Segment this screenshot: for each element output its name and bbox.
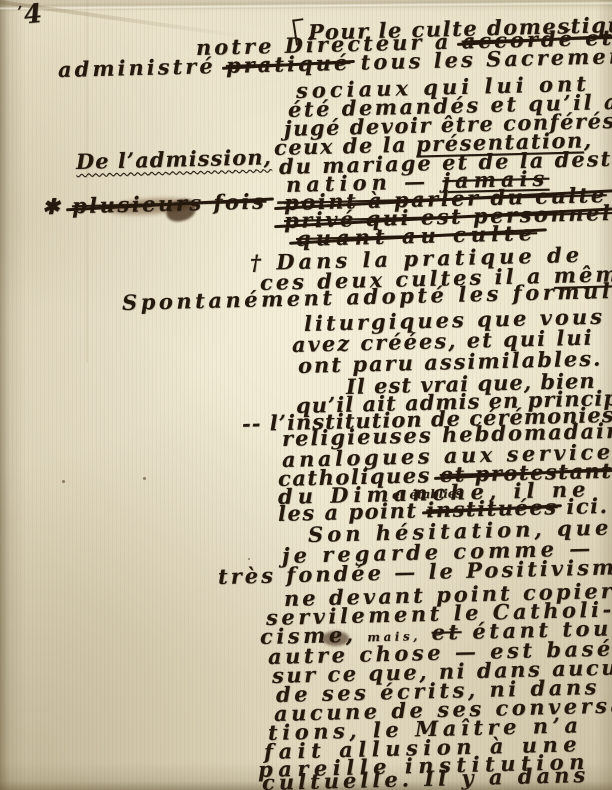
manuscript-lines: Pour le culte domestiquenotre Directeur … <box>0 0 612 790</box>
manuscript-page: ’4 Pour le culte domestiquenotre Directe… <box>0 0 612 790</box>
struck-out-text: plusieurs fois <box>72 189 267 219</box>
handwritten-text: ✱ <box>42 193 73 219</box>
margin-note-plusieurs-fois: ✱ plusieurs fois —— <box>42 189 324 218</box>
struck-out-text: pratiqué <box>226 50 351 78</box>
manuscript-line: cultuelle. Il y a dans <box>262 764 590 790</box>
handwritten-text: administré <box>58 53 227 82</box>
margin-note-admission: De l’admission, <box>76 146 272 173</box>
underlined-insertion-text: De l’admission, <box>76 144 272 174</box>
